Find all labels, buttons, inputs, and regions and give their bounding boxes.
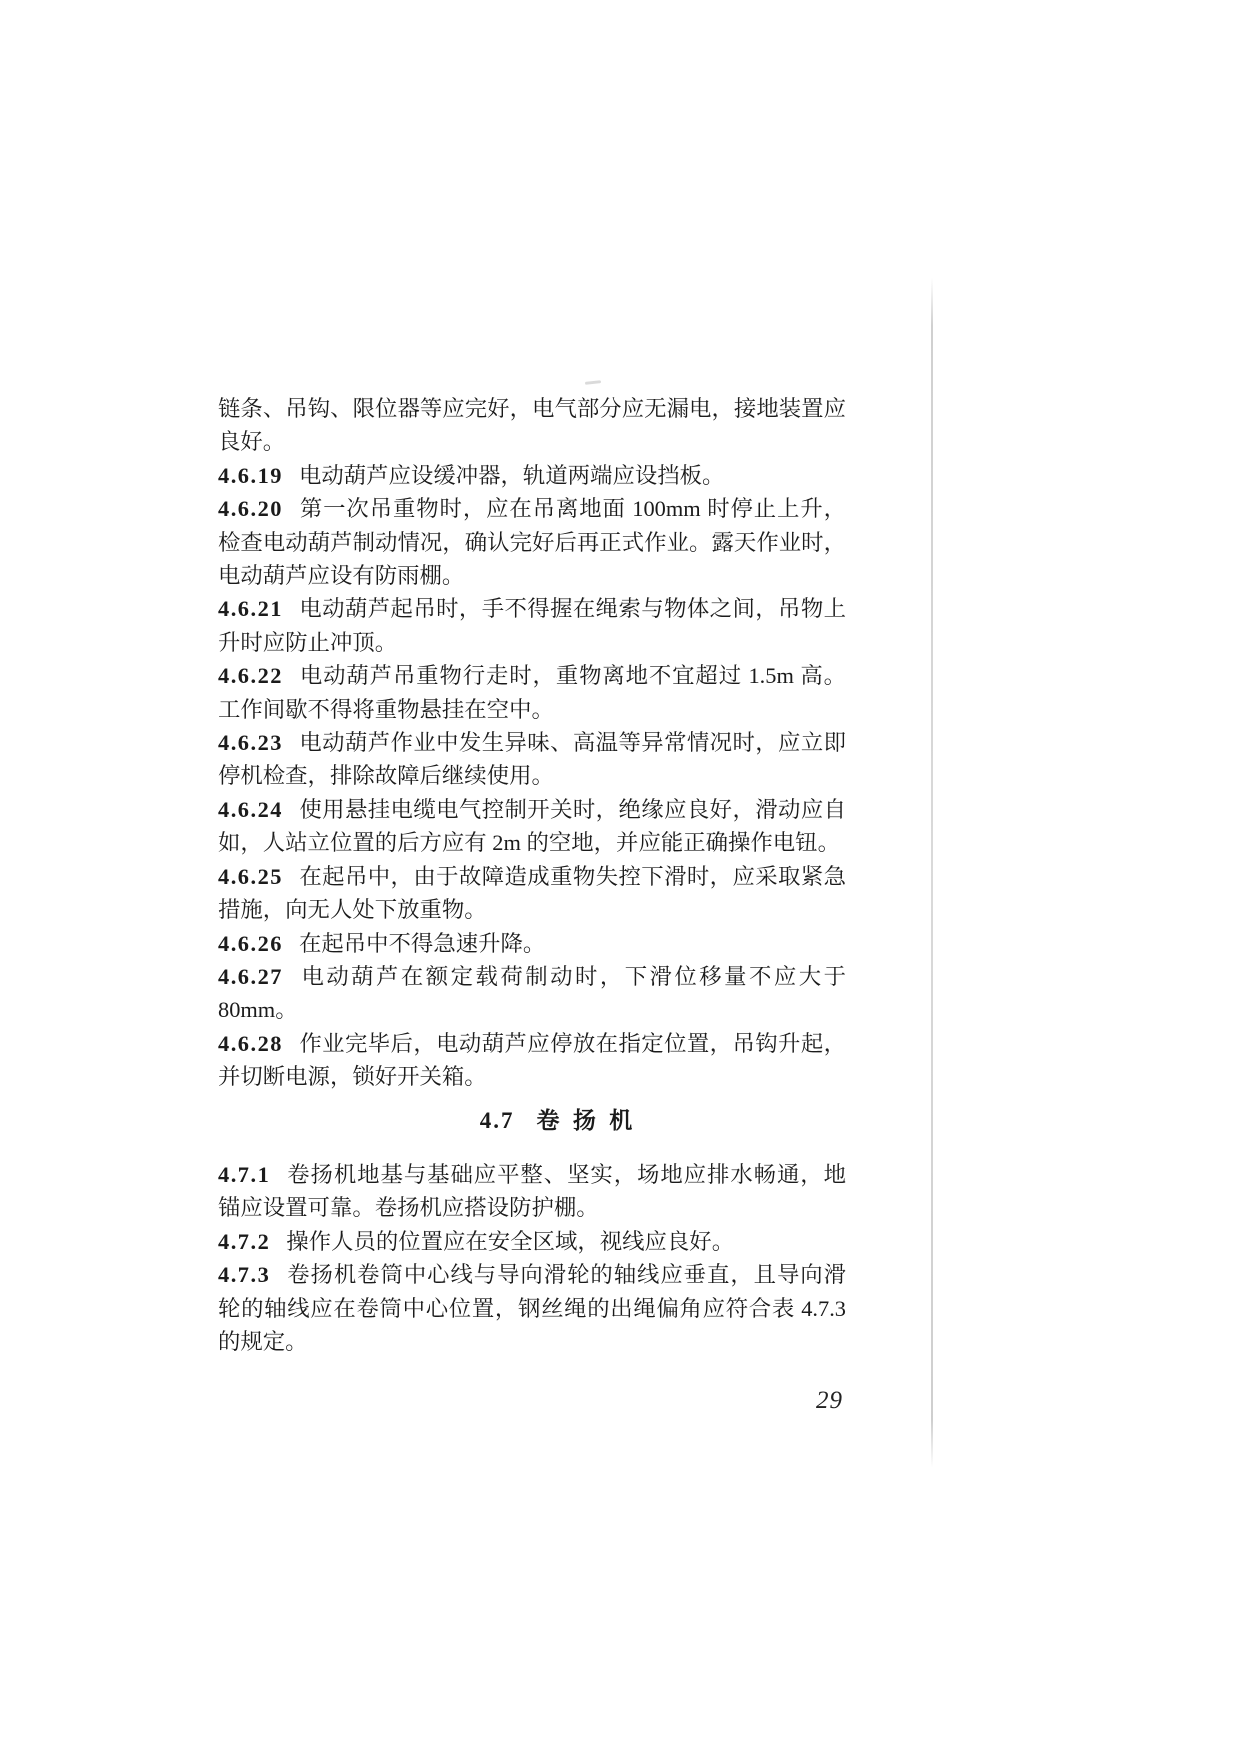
clause-text: 使用悬挂电缆电气控制开关时，绝缘应良好，滑动应自如，人站立位置的后方应有 2m …	[218, 797, 846, 855]
clause-number: 4.6.27	[218, 964, 283, 989]
clause-list-4-6: 链条、吊钩、限位器等应完好，电气部分应无漏电，接地装置应良好。 4.6.19电动…	[218, 392, 846, 1094]
clause-number: 4.6.21	[218, 596, 283, 621]
clause-number: 4.6.25	[218, 864, 283, 889]
clause-text: 电动葫芦作业中发生异味、高温等异常情况时，应立即停机检查，排除故障后继续使用。	[218, 730, 846, 788]
clause-number: 4.7.1	[218, 1162, 270, 1187]
clause-text: 电动葫芦吊重物行走时，重物离地不宜超过 1.5m 高。工作间歇不得将重物悬挂在空…	[218, 663, 846, 721]
clause-text: 电动葫芦起吊时，手不得握在绳索与物体之间，吊物上升时应防止冲顶。	[218, 596, 846, 654]
scanned-document-page: 链条、吊钩、限位器等应完好，电气部分应无漏电，接地装置应良好。 4.6.19电动…	[0, 0, 1240, 1754]
clause-text: 操作人员的位置应在安全区域，视线应良好。	[286, 1229, 734, 1254]
clause-number: 4.6.19	[218, 463, 283, 488]
section-title: 卷扬机	[537, 1108, 646, 1133]
scan-smudge-artifact	[585, 380, 601, 385]
clause-paragraph: 4.6.28作业完毕后，电动葫芦应停放在指定位置，吊钩升起，并切断电源，锁好开关…	[218, 1027, 846, 1094]
section-heading-4-7: 4.7卷扬机	[242, 1104, 870, 1137]
clause-paragraph: 4.6.20第一次吊重物时，应在吊离地面 100mm 时停止上升，检查电动葫芦制…	[218, 492, 846, 592]
clause-paragraph: 4.7.1卷扬机地基与基础应平整、坚实，场地应排水畅通，地锚应设置可靠。卷扬机应…	[218, 1158, 846, 1225]
text-block: 链条、吊钩、限位器等应完好，电气部分应无漏电，接地装置应良好。 4.6.19电动…	[218, 392, 846, 1358]
clause-number: 4.6.20	[218, 496, 283, 521]
clause-paragraph: 4.7.3卷扬机卷筒中心线与导向滑轮的轴线应垂直，且导向滑轮的轴线应在卷筒中心位…	[218, 1258, 846, 1358]
clause-number: 4.6.23	[218, 730, 283, 755]
clause-number: 4.7.3	[218, 1262, 270, 1287]
clause-paragraph: 4.6.26在起吊中不得急速升降。	[218, 927, 846, 960]
clause-number: 4.6.26	[218, 931, 283, 956]
clause-paragraph: 4.6.27电动葫芦在额定载荷制动时，下滑位移量不应大于 80mm。	[218, 960, 846, 1027]
clause-text: 第一次吊重物时，应在吊离地面 100mm 时停止上升，检查电动葫芦制动情况，确认…	[218, 496, 846, 588]
clause-number: 4.6.24	[218, 797, 283, 822]
clause-text: 作业完毕后，电动葫芦应停放在指定位置，吊钩升起，并切断电源，锁好开关箱。	[218, 1031, 846, 1089]
clause-paragraph: 4.6.21电动葫芦起吊时，手不得握在绳索与物体之间，吊物上升时应防止冲顶。	[218, 592, 846, 659]
clause-text: 在起吊中不得急速升降。	[299, 931, 545, 956]
section-number: 4.7	[480, 1108, 515, 1133]
page-number: 29	[816, 1387, 843, 1415]
clause-number: 4.7.2	[218, 1229, 270, 1254]
clause-text: 卷扬机卷筒中心线与导向滑轮的轴线应垂直，且导向滑轮的轴线应在卷筒中心位置，钢丝绳…	[218, 1262, 846, 1354]
clause-paragraph: 4.6.22电动葫芦吊重物行走时，重物离地不宜超过 1.5m 高。工作间歇不得将…	[218, 659, 846, 726]
clause-list-4-7: 4.7.1卷扬机地基与基础应平整、坚实，场地应排水畅通，地锚应设置可靠。卷扬机应…	[218, 1158, 846, 1358]
clause-number: 4.6.22	[218, 663, 283, 688]
clause-text: 在起吊中，由于故障造成重物失控下滑时，应采取紧急措施，向无人处下放重物。	[218, 864, 846, 922]
clause-paragraph: 4.6.24使用悬挂电缆电气控制开关时，绝缘应良好，滑动应自如，人站立位置的后方…	[218, 793, 846, 860]
clause-text: 卷扬机地基与基础应平整、坚实，场地应排水畅通，地锚应设置可靠。卷扬机应搭设防护棚…	[218, 1162, 846, 1220]
clause-text: 电动葫芦在额定载荷制动时，下滑位移量不应大于 80mm。	[218, 964, 846, 1022]
clause-text: 电动葫芦应设缓冲器，轨道两端应设挡板。	[299, 463, 724, 488]
clause-paragraph: 4.6.19电动葫芦应设缓冲器，轨道两端应设挡板。	[218, 459, 846, 492]
clause-text: 链条、吊钩、限位器等应完好，电气部分应无漏电，接地装置应良好。	[218, 396, 846, 454]
clause-paragraph: 4.6.23电动葫芦作业中发生异味、高温等异常情况时，应立即停机检查，排除故障后…	[218, 726, 846, 793]
clause-paragraph: 链条、吊钩、限位器等应完好，电气部分应无漏电，接地装置应良好。	[218, 392, 846, 459]
scan-page-edge-line	[931, 278, 933, 1468]
clause-number: 4.6.28	[218, 1031, 283, 1056]
clause-paragraph: 4.6.25在起吊中，由于故障造成重物失控下滑时，应采取紧急措施，向无人处下放重…	[218, 860, 846, 927]
clause-paragraph: 4.7.2操作人员的位置应在安全区域，视线应良好。	[218, 1225, 846, 1258]
